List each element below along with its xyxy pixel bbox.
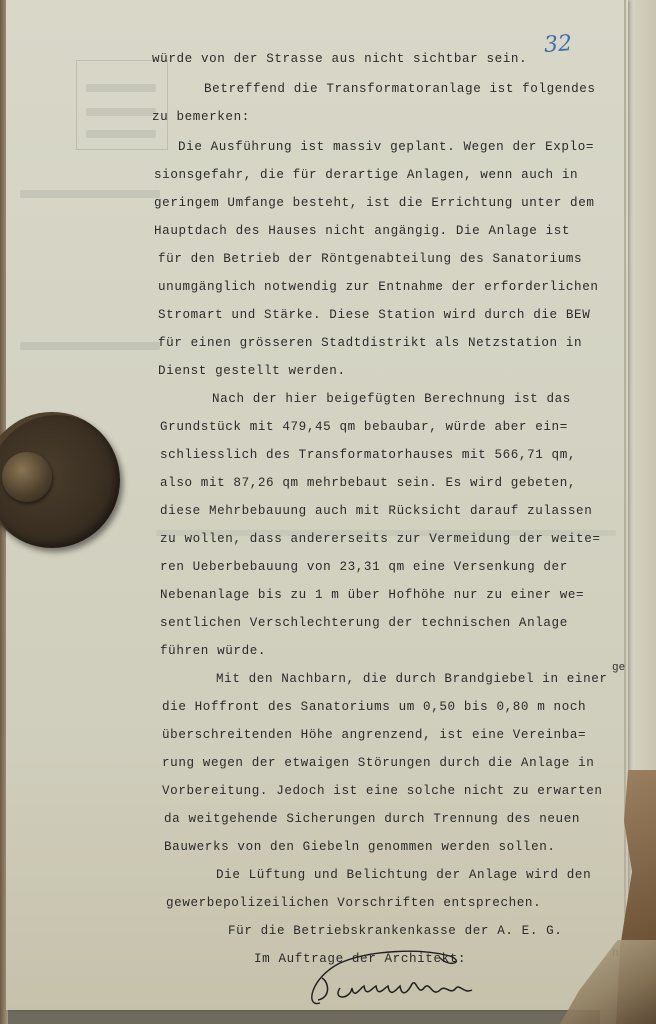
closing-organization: Für die Betriebskrankenkasse der A. E. G… — [228, 918, 562, 946]
text-line: Grundstück mit 479,45 qm bebaubar, würde… — [160, 414, 568, 442]
text-line: geringem Umfange besteht, ist die Errich… — [154, 190, 595, 218]
handwritten-signature — [300, 948, 520, 1018]
text-line: Mit den Nachbarn, die durch Brandgiebel … — [216, 666, 608, 694]
text-line: diese Mehrbebauung auch mit Rücksicht da… — [160, 498, 592, 526]
text-line: rung wegen der etwaigen Störungen durch … — [162, 750, 594, 778]
page-edge — [624, 0, 626, 1000]
text-line: Bauwerks von den Giebeln genommen werden… — [164, 834, 556, 862]
text-line: Vorbereitung. Jedoch ist eine solche nic… — [162, 778, 603, 806]
text-line: für einen grösseren Stadtdistrikt als Ne… — [158, 330, 582, 358]
margin-mark: ge — [612, 662, 625, 674]
show-through-text — [86, 130, 156, 138]
show-through-text — [86, 108, 156, 116]
text-line: also mit 87,26 qm mehrbebaut sein. Es wi… — [160, 470, 576, 498]
text-line: zu bemerken: — [152, 104, 250, 132]
text-line: für den Betrieb der Röntgenabteilung des… — [158, 246, 582, 274]
paperweight-knob — [2, 452, 52, 502]
text-line: ren Ueberbebauung von 23,31 qm eine Vers… — [160, 554, 568, 582]
text-line: überschreitenden Höhe angrenzend, ist ei… — [162, 722, 586, 750]
text-line: zu wollen, dass andererseits zur Vermeid… — [160, 526, 601, 554]
text-line: Betreffend die Transformatoranlage ist f… — [204, 76, 596, 104]
show-through-text — [20, 342, 160, 350]
text-line: würde von der Strasse aus nicht sichtbar… — [152, 46, 527, 74]
text-line: unumgänglich notwendig zur Entnahme der … — [158, 274, 599, 302]
text-line: gewerbepolizeilichen Vorschriften entspr… — [166, 890, 541, 918]
show-through-text — [86, 84, 156, 92]
text-line: Die Ausführung ist massiv geplant. Wegen… — [178, 134, 594, 162]
text-line: Nebenanlage bis zu 1 m über Hofhöhe nur … — [160, 582, 584, 610]
text-line: sionsgefahr, die für derartige Anlagen, … — [154, 162, 578, 190]
text-line: Dienst gestellt werden. — [158, 358, 346, 386]
text-line: die Hoffront des Sanatoriums um 0,50 bis… — [162, 694, 586, 722]
page-number: 32 — [543, 31, 573, 58]
text-line: Nach der hier beigefügten Berechnung ist… — [212, 386, 571, 414]
show-through-text — [20, 190, 160, 198]
text-line: schliesslich des Transformatorhauses mit… — [160, 442, 576, 470]
text-line: sentlichen Verschlechterung der technisc… — [160, 610, 568, 638]
text-line: Die Lüftung und Belichtung der Anlage wi… — [216, 862, 591, 890]
text-line: führen würde. — [160, 638, 266, 666]
text-line: Stromart und Stärke. Diese Station wird … — [158, 302, 590, 330]
text-line: da weitgehende Sicherungen durch Trennun… — [164, 806, 580, 834]
text-line: Hauptdach des Hauses nicht angängig. Die… — [154, 218, 570, 246]
